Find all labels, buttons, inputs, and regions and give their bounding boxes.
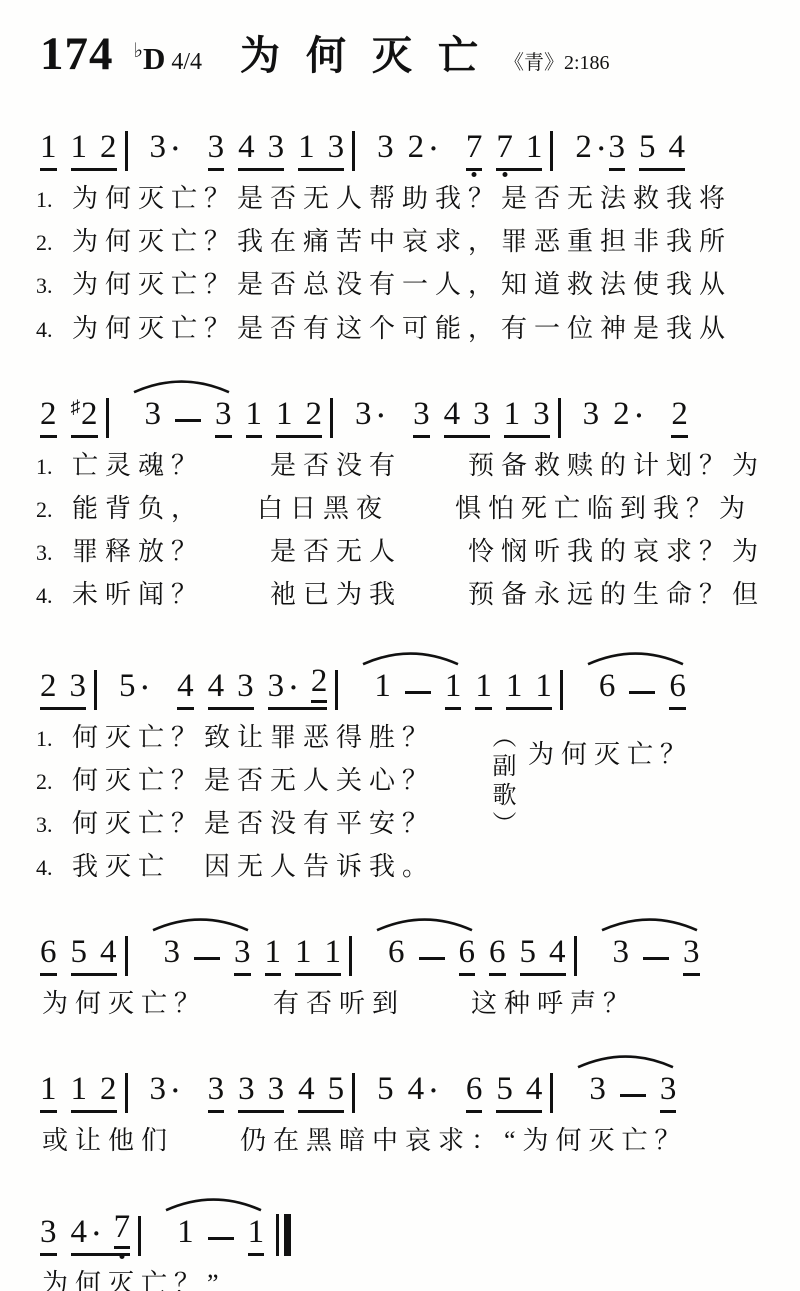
notation-line: 235·4433·21111166 <box>40 641 764 710</box>
note: 3 <box>208 1073 225 1106</box>
note-unit: 1 <box>246 398 263 438</box>
note-unit: 3 <box>208 1073 225 1113</box>
duration-dash <box>620 1094 646 1097</box>
note: 6 <box>599 670 616 703</box>
note-unit: 3 <box>40 1216 57 1256</box>
notation-line: 34·711 <box>40 1187 764 1256</box>
note: 1 <box>265 936 282 969</box>
note: 1 <box>445 670 462 703</box>
music-system: 1123·3334554·65433或让他们 仍在黑暗中哀求：“为何灭亡？ <box>36 1049 764 1156</box>
note-number: 1 <box>248 1216 265 1249</box>
note-unit: 3 <box>145 398 162 438</box>
barline <box>125 1073 128 1113</box>
note-number: 3 <box>413 398 430 431</box>
note-number: 5 <box>328 1073 345 1106</box>
note-unit: 3 <box>208 131 225 171</box>
lyrics-block: 1.何灭亡？致让罪恶得胜？2.何灭亡？是否无人关心？3.何灭亡？是否没有平安？4… <box>36 722 764 883</box>
barline <box>106 398 109 438</box>
verse-number: 1. <box>36 187 72 213</box>
note-unit: 1 <box>265 936 282 976</box>
note-unit: 54 <box>520 936 566 976</box>
note: 2 <box>671 398 688 431</box>
tie-arc-icon <box>599 916 700 932</box>
augmentation-dot-icon: · <box>429 136 438 162</box>
note-number: 6 <box>388 936 405 969</box>
note-unit: 12 <box>71 131 117 171</box>
verse-number: 2. <box>36 769 72 795</box>
note-number: 3 <box>268 131 285 164</box>
duration-dash <box>175 419 201 422</box>
note: 1 <box>506 670 523 703</box>
note-number: 1 <box>40 1073 57 1106</box>
note-number: 1 <box>298 131 315 164</box>
note: 3 <box>268 131 285 164</box>
note: 1 <box>535 670 552 703</box>
lyrics-block: 1.亡灵魂？ 是否没有 预备救赎的计划？为2.能背负， 白日黑夜 惧怕死亡临到我… <box>36 450 764 611</box>
note-number: 6 <box>489 936 506 969</box>
note-number: 3 <box>40 1216 57 1249</box>
lyric-row: 2.能背负， 白日黑夜 惧怕死亡临到我？为 <box>36 493 764 524</box>
note-number: 2 <box>408 131 425 164</box>
hymn-title: 为何灭亡 <box>240 24 504 81</box>
note-number: 4 <box>100 936 117 969</box>
tie-group: 11 <box>163 1216 264 1256</box>
note-number: 3 <box>70 670 87 703</box>
note-number: 3 <box>613 936 630 969</box>
note-number: 3 <box>660 1073 677 1106</box>
note-unit: 5 <box>377 1073 394 1113</box>
note-number: 4 <box>298 1073 315 1106</box>
note-unit: 3· <box>150 1073 180 1113</box>
note: 4· <box>71 1216 101 1249</box>
note: 1 <box>246 398 263 431</box>
augmentation-dot-icon: · <box>171 136 180 162</box>
note-unit: 54 <box>71 936 117 976</box>
barline <box>558 398 561 438</box>
barline <box>125 131 128 171</box>
music-system: 1123·3431332·7712·3541.为何灭亡？是否无人帮助我？是否无法… <box>36 107 764 344</box>
lyrics-block: 1.为何灭亡？是否无人帮助我？是否无法救我将2.为何灭亡？我在痛苦中哀求，罪恶重… <box>36 183 764 344</box>
music-systems: 1123·3431332·7712·3541.为何灭亡？是否无人帮助我？是否无法… <box>36 107 764 1291</box>
note: 1 <box>40 1073 57 1106</box>
note-unit: 2· <box>575 131 605 171</box>
note-unit: 1 <box>40 1073 57 1113</box>
note: 4 <box>444 398 461 431</box>
duration-dash <box>194 957 220 960</box>
note: 4 <box>208 670 225 703</box>
note-number: 1 <box>374 670 391 703</box>
note-unit: 6 <box>669 670 686 710</box>
note: 4 <box>177 670 194 703</box>
verse-number: 4. <box>36 317 72 343</box>
note-number: 3 <box>208 1073 225 1106</box>
note: 1 <box>71 131 88 164</box>
lyric-text: 为何灭亡？” <box>42 1268 226 1291</box>
note-unit: 12 <box>71 1073 117 1113</box>
duration-dash <box>643 957 669 960</box>
note-number: 1 <box>71 131 88 164</box>
note-number: 4 <box>549 936 566 969</box>
note-number: 1 <box>445 670 462 703</box>
tie-group: 33 <box>575 1073 676 1113</box>
verse-number: 3. <box>36 273 72 299</box>
augmentation-dot-icon: · <box>171 1078 180 1104</box>
note-number: 1 <box>265 936 282 969</box>
note-unit: 1 <box>248 1216 265 1256</box>
final-barline-thin <box>276 1214 279 1256</box>
music-system: 654331116665433为何灭亡？ 有否听到 这种呼声？ <box>36 912 764 1019</box>
lyric-text: 为何灭亡？ 有否听到 这种呼声？ <box>42 988 636 1019</box>
note-number: 1 <box>526 131 543 164</box>
note-number: 2 <box>81 398 98 431</box>
lyric-text: 亡灵魂？ 是否没有 预备救赎的计划？为 <box>72 450 765 481</box>
note-unit: 6 <box>599 670 616 710</box>
note-number: 2 <box>40 670 57 703</box>
note-number: 5 <box>71 936 88 969</box>
note: 1 <box>177 1216 194 1249</box>
note-number: 5 <box>496 1073 513 1106</box>
note-number: 3 <box>237 670 254 703</box>
note: 5 <box>639 131 656 164</box>
lyric-text: 为何灭亡？是否有这个可能，有一位神是我从 <box>72 313 732 344</box>
note-number: 3 <box>268 1073 285 1106</box>
notation-line: 1123·3334554·65433 <box>40 1049 764 1113</box>
note: 1 <box>71 1073 88 1106</box>
note-unit: 13 <box>298 131 344 171</box>
notation-line: 2♯2331123·3431332·2 <box>40 374 764 438</box>
note: 1 <box>248 1216 265 1249</box>
note: 2 <box>311 665 328 703</box>
note-unit: 54 <box>639 131 685 171</box>
note-unit: 3 <box>413 398 430 438</box>
note: 5 <box>520 936 537 969</box>
note: 3 <box>413 398 430 431</box>
verse-number: 3. <box>36 812 72 838</box>
lyric-row: 1.为何灭亡？是否无人帮助我？是否无法救我将 <box>36 183 764 214</box>
note: 3· <box>355 398 385 431</box>
note: 3 <box>268 1073 285 1106</box>
flat-icon: ♭ <box>134 40 143 62</box>
note-unit: 6 <box>466 1073 483 1113</box>
duration-dash <box>419 957 445 960</box>
sharp-icon: ♯ <box>71 398 81 417</box>
augmentation-dot-icon: · <box>635 403 644 429</box>
hymn-sheet-page: 174 ♭D4/4 为何灭亡 《青》2:186 1123·3431332·771… <box>0 0 800 1291</box>
note-unit: 3 <box>660 1073 677 1113</box>
note-unit: 4· <box>408 1073 438 1113</box>
note: 2 <box>306 398 323 431</box>
augmentation-dot-icon: · <box>377 403 386 429</box>
key-signature: ♭D4/4 <box>134 41 203 77</box>
note-number: 5 <box>119 670 136 703</box>
lyric-text: 能背负， 白日黑夜 惧怕死亡临到我？为 <box>72 493 752 524</box>
tie-group: 66 <box>374 936 475 976</box>
note-number: 1 <box>325 936 342 969</box>
note: 1 <box>374 670 391 703</box>
note-unit: 1 <box>177 1216 194 1256</box>
verse-number: 1. <box>36 726 72 752</box>
augmentation-dot-icon: · <box>289 675 298 701</box>
note-number: 6 <box>669 670 686 703</box>
refrain-label: （副歌） <box>484 724 519 874</box>
tie-arc-icon <box>374 916 475 932</box>
note-unit: 3 <box>377 131 394 171</box>
note: 4 <box>298 1073 315 1106</box>
note-unit: 6 <box>40 936 57 976</box>
lyrics-block: 为何灭亡？ 有否听到 这种呼声？ <box>36 988 764 1019</box>
note-number: 4 <box>669 131 686 164</box>
notation-line: 1123·3431332·7712·354 <box>40 107 764 171</box>
note: 7 <box>496 131 513 164</box>
duration-dash <box>405 691 431 694</box>
lyric-text: 为何灭亡？是否无人帮助我？是否无法救我将 <box>72 183 732 214</box>
note-number: 3 <box>533 398 550 431</box>
note-number: 6 <box>40 936 57 969</box>
note-number: 3 <box>208 131 225 164</box>
note: 3 <box>237 670 254 703</box>
note-number: 3 <box>328 131 345 164</box>
note-number: 4 <box>444 398 461 431</box>
note-number: 7 <box>114 1211 131 1244</box>
lyric-row: 为何灭亡？ 有否听到 这种呼声？ <box>36 988 764 1019</box>
note-unit: 13 <box>504 398 550 438</box>
lyric-text: 或让他们 仍在黑暗中哀求：“为何灭亡？ <box>42 1125 688 1156</box>
note: 7 <box>114 1211 131 1249</box>
note-unit: 5· <box>119 670 149 710</box>
lyric-row: 4.为何灭亡？是否有这个可能，有一位神是我从 <box>36 313 764 344</box>
note: 7 <box>466 131 483 164</box>
note-unit: 12 <box>276 398 322 438</box>
barline <box>560 670 563 710</box>
barline <box>125 936 128 976</box>
note: 1 <box>276 398 293 431</box>
note-unit: 71 <box>496 131 542 171</box>
low-octave-dot-icon <box>472 172 477 177</box>
tie-arc-icon <box>585 650 686 666</box>
note-number: 6 <box>459 936 476 969</box>
hymn-header: 174 ♭D4/4 为何灭亡 《青》2:186 <box>40 24 764 81</box>
lyric-row: 4.未听闻？ 祂已为我 预备永远的生命？但 <box>36 579 764 610</box>
note: 1 <box>40 131 57 164</box>
note: 4· <box>408 1073 438 1106</box>
note-unit: 3· <box>355 398 385 438</box>
note-unit: 2 <box>40 398 57 438</box>
note: 3 <box>145 398 162 431</box>
note-number: 2 <box>671 398 688 431</box>
note-unit: 43 <box>238 131 284 171</box>
note-number: 7 <box>466 131 483 164</box>
lyric-row: 1.亡灵魂？ 是否没有 预备救赎的计划？为 <box>36 450 764 481</box>
note: 6 <box>388 936 405 969</box>
note: 2· <box>408 131 438 164</box>
note: 6 <box>669 670 686 703</box>
note-unit: 3 <box>613 936 630 976</box>
note: 2 <box>100 1073 117 1106</box>
verse-number: 2. <box>36 230 72 256</box>
note: 3 <box>328 131 345 164</box>
lyric-row: 4.我灭亡 因无人告诉我。 <box>36 851 764 882</box>
lyric-text: 罪释放？ 是否无人 怜悯听我的哀求？为 <box>72 536 765 567</box>
tie-arc-icon <box>360 650 461 666</box>
note-number: 5 <box>639 131 656 164</box>
note-unit: 6 <box>459 936 476 976</box>
lyric-text: 为何灭亡？是否总没有一人，知道救法使我从 <box>72 269 732 300</box>
note-unit: 4 <box>177 670 194 710</box>
key-letter: D <box>143 41 165 76</box>
lyric-row: 2.为何灭亡？我在痛苦中哀求，罪恶重担非我所 <box>36 226 764 257</box>
note: 3 <box>70 670 87 703</box>
time-signature: 4/4 <box>171 49 202 75</box>
note: 3 <box>660 1073 677 1106</box>
verse-number: 3. <box>36 540 72 566</box>
note: 1 <box>526 131 543 164</box>
lyric-text: 未听闻？ 祂已为我 预备永远的生命？但 <box>72 579 765 610</box>
note-number: 3 <box>683 936 700 969</box>
tie-group: 33 <box>150 936 251 976</box>
note-number: 1 <box>475 670 492 703</box>
note: 1 <box>295 936 312 969</box>
lyric-text: 为何灭亡？我在痛苦中哀求，罪恶重担非我所 <box>72 226 732 257</box>
note: 3 <box>609 131 626 164</box>
augmentation-dot-icon: · <box>597 136 606 162</box>
note-number: 2 <box>306 398 323 431</box>
note-number: 4 <box>526 1073 543 1106</box>
music-system: 235·4433·211111661.何灭亡？致让罪恶得胜？2.何灭亡？是否无人… <box>36 641 764 883</box>
note-number: 3 <box>164 936 181 969</box>
note-number: 2 <box>613 398 630 431</box>
lyrics-block: 为何灭亡？” <box>36 1268 764 1291</box>
note-number: 3 <box>609 131 626 164</box>
note-unit: 1 <box>445 670 462 710</box>
note-unit: 45 <box>298 1073 344 1113</box>
note-number: 3 <box>377 131 394 164</box>
note: 3· <box>150 1073 180 1106</box>
note-unit: 2· <box>408 131 438 171</box>
note-number: 2 <box>100 1073 117 1106</box>
note: 3 <box>473 398 490 431</box>
barline <box>335 670 338 710</box>
note-number: 1 <box>71 1073 88 1106</box>
note-unit: 3· <box>150 131 180 171</box>
note-unit: 3 <box>164 936 181 976</box>
final-barline-thick <box>284 1214 291 1256</box>
note-number: 2 <box>575 131 592 164</box>
note: 1 <box>504 398 521 431</box>
augmentation-dot-icon: · <box>429 1078 438 1104</box>
note: 3 <box>583 398 600 431</box>
note: 6 <box>466 1073 483 1106</box>
note-unit: 2 <box>671 398 688 438</box>
note-number: 5 <box>520 936 537 969</box>
augmentation-dot-icon: · <box>92 1221 101 1247</box>
lyric-row: 3.何灭亡？是否没有平安？ <box>36 808 764 839</box>
note: 3· <box>150 131 180 164</box>
note: 2· <box>613 398 643 431</box>
note-unit: 3 <box>234 936 251 976</box>
note: 4 <box>238 131 255 164</box>
note: 3 <box>589 1073 606 1106</box>
verse-number: 1. <box>36 454 72 480</box>
note: 3 <box>238 1073 255 1106</box>
lyric-text: 我灭亡 因无人告诉我。 <box>72 851 435 882</box>
barline <box>349 936 352 976</box>
note: 5 <box>71 936 88 969</box>
barline <box>550 1073 553 1113</box>
lyric-row: 为何灭亡？” <box>36 1268 764 1291</box>
lyrics-block: 或让他们 仍在黑暗中哀求：“为何灭亡？ <box>36 1125 764 1156</box>
note-number: 1 <box>40 131 57 164</box>
note-unit: 3 <box>609 131 626 171</box>
note-number: 4 <box>177 670 194 703</box>
note: 3 <box>215 398 232 431</box>
note-number: 3 <box>583 398 600 431</box>
note-number: 2 <box>100 131 117 164</box>
augmentation-dot-icon: · <box>141 675 150 701</box>
note: 4 <box>526 1073 543 1106</box>
barline <box>352 1073 355 1113</box>
note-number: 4 <box>71 1216 88 1249</box>
note-unit: 3 <box>215 398 232 438</box>
note: 2· <box>575 131 605 164</box>
note: 2 <box>100 131 117 164</box>
note: 3 <box>234 936 251 969</box>
note-number: 1 <box>504 398 521 431</box>
note: 5 <box>328 1073 345 1106</box>
note: 1 <box>298 131 315 164</box>
note-number: 2 <box>40 398 57 431</box>
note-number: 4 <box>408 1073 425 1106</box>
note-unit: 2· <box>613 398 643 438</box>
verse-number: 4. <box>36 855 72 881</box>
lyric-text: 何灭亡？致让罪恶得胜？ <box>72 722 435 753</box>
note-unit: 6 <box>489 936 506 976</box>
note: 4 <box>549 936 566 969</box>
note-unit: 23 <box>40 670 86 710</box>
note-unit: 43 <box>208 670 254 710</box>
note-number: 1 <box>276 398 293 431</box>
note-number: 3 <box>355 398 372 431</box>
note-unit: 3 <box>683 936 700 976</box>
note: 3 <box>40 1216 57 1249</box>
note-number: 5 <box>377 1073 394 1106</box>
lyric-row: 或让他们 仍在黑暗中哀求：“为何灭亡？ <box>36 1125 764 1156</box>
note-number: 1 <box>535 670 552 703</box>
note-number: 3 <box>238 1073 255 1106</box>
note-unit: 7 <box>466 131 483 171</box>
note-unit: 1 <box>374 670 391 710</box>
barline <box>94 670 97 710</box>
note-number: 3 <box>268 670 285 703</box>
note-number: 3 <box>150 131 167 164</box>
tie-group: 66 <box>585 670 686 710</box>
tie-group: 33 <box>131 398 232 438</box>
note-unit: 3·2 <box>268 665 328 710</box>
note: 5· <box>119 670 149 703</box>
note-number: 3 <box>589 1073 606 1106</box>
note: 5 <box>377 1073 394 1106</box>
note-unit: 3 <box>583 398 600 438</box>
low-octave-dot-icon <box>502 172 507 177</box>
note-unit: ♯2 <box>71 398 98 438</box>
note-unit: 11 <box>295 936 341 976</box>
note: 6 <box>40 936 57 969</box>
note-number: 6 <box>599 670 616 703</box>
lyric-text: 何灭亡？是否无人关心？ <box>72 765 435 796</box>
tie-arc-icon <box>163 1196 264 1212</box>
note-number: 2 <box>311 665 328 698</box>
note: 6 <box>459 936 476 969</box>
barline <box>574 936 577 976</box>
